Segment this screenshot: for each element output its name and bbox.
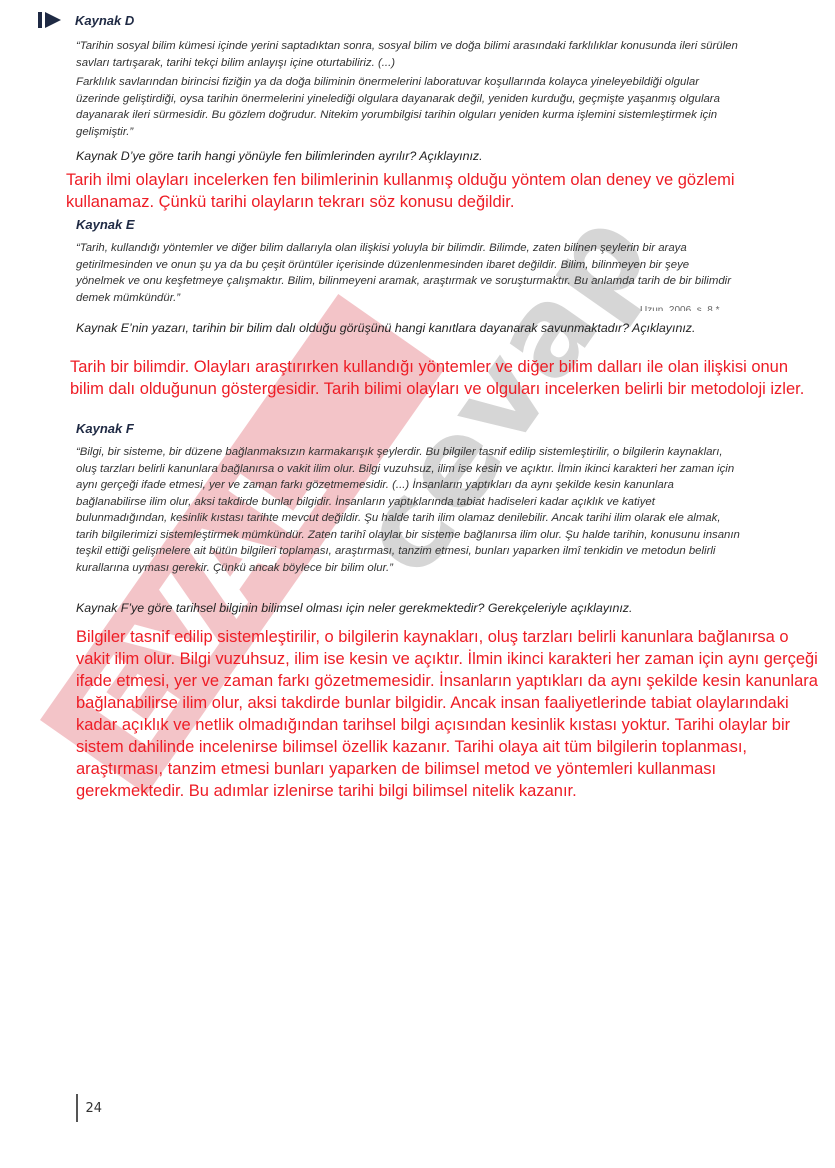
kaynak-e-answer: Tarih bir bilimdir. Olayları araştırırke…: [70, 356, 810, 400]
page-number-text: 24: [86, 1101, 103, 1116]
kaynak-d-quote-p2: Farklılık savlarından birincisi fiziğin …: [76, 74, 741, 140]
kaynak-e-question: Kaynak E’nin yazarı, tarihin bir bilim d…: [76, 320, 741, 337]
kaynak-d-question: Kaynak D’ye göre tarih hangi yönüyle fen…: [76, 148, 741, 165]
page-number: 24: [76, 1094, 102, 1122]
kaynak-f-quote: “Bilgi, bir sisteme, bir düzene bağlanma…: [76, 444, 741, 576]
kaynak-d-quote: “Tarihin sosyal bilim kümesi içinde yeri…: [76, 38, 741, 140]
page-number-rule: [76, 1094, 78, 1122]
kaynak-f-title: Kaynak F: [76, 421, 134, 436]
kaynak-f-answer: Bilgiler tasnif edilip sistemleştirilir,…: [76, 626, 821, 802]
kaynak-f-question: Kaynak F’ye göre tarihsel bilginin bilim…: [76, 600, 741, 617]
kaynak-e-title: Kaynak E: [76, 217, 135, 232]
section-marker-icon: [38, 12, 61, 28]
kaynak-e-quote: “Tarih, kullandığı yöntemler ve diğer bi…: [76, 240, 741, 306]
kaynak-d-heading: Kaynak D: [38, 12, 134, 28]
kaynak-d-title: Kaynak D: [75, 13, 134, 28]
kaynak-d-quote-p1: “Tarihin sosyal bilim kümesi içinde yeri…: [76, 38, 741, 71]
kaynak-d-answer: Tarih ilmi olayları incelerken fen bilim…: [66, 169, 806, 213]
kaynak-e-citation: Uzun, 2006, s. 8 *: [640, 303, 720, 311]
